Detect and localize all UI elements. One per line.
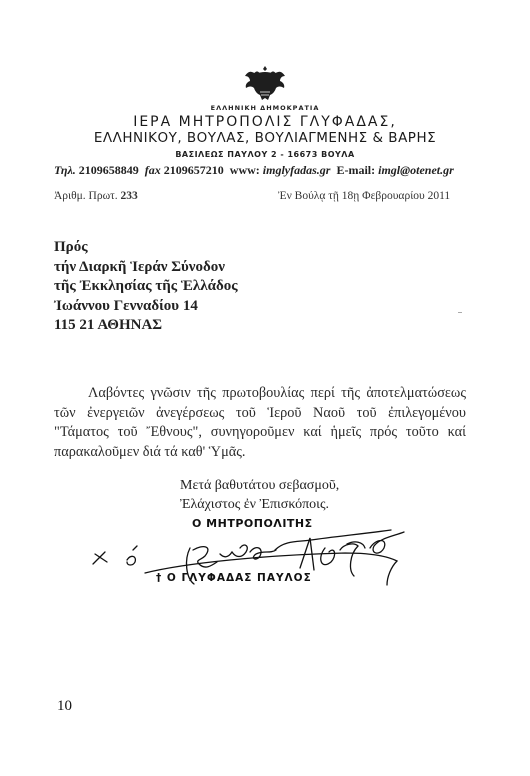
recipient-line: Πρός: [54, 238, 238, 258]
double-headed-eagle-icon: [242, 64, 288, 102]
organization-address: ΒΑΣΙΛΕΩΣ ΠΑΥΛΟΥ 2 - 16673 ΒΟΥΛΑ: [0, 150, 530, 159]
recipient-line: Ἰωάννου Γενναδίου 14: [54, 297, 238, 317]
closing-line: Μετά βαθυτάτου σεβασμοῦ,: [180, 476, 339, 495]
protocol-number: Ἀριθμ. Πρωτ. 233: [54, 190, 138, 202]
republic-header: ΕΛΛΗΝΙΚΗ ΔΗΜΟΚΡΑΤΙΑ: [0, 104, 530, 112]
website-link[interactable]: imglyfadas.gr: [263, 163, 331, 177]
letter-date: Ἐν Βούλᾳ τῇ 18ῃ Φεβρουαρίου 2011: [278, 190, 450, 202]
organization-name-line2: ΕΛΛΗΝΙΚΟΥ, ΒΟΥΛΑΣ, ΒΟΥΛΙΑΓΜΕΝΗΣ & ΒΑΡΗΣ: [0, 130, 530, 146]
recipient-line: τήν Διαρκῆ Ἱεράν Σύνοδον: [54, 258, 238, 278]
protocol-value: 233: [121, 190, 138, 202]
page-number: 10: [57, 698, 72, 715]
protocol-label: Ἀριθμ. Πρωτ.: [54, 190, 118, 202]
fax-label: fax: [145, 163, 161, 177]
recipient-line: 115 21 ΑΘΗΝΑΣ: [54, 316, 238, 336]
signatory-name: † Ο ΓΛΥΦΑΔΑΣ ΠΑΥΛΟΣ: [156, 572, 312, 584]
organization-name-line1: ΙΕΡΑ ΜΗΤΡΟΠΟΛΙΣ ΓΛΥΦΑΔΑΣ,: [0, 114, 530, 130]
closing-block: Μετά βαθυτάτου σεβασμοῦ, Ἐλάχιστος ἐν Ἐπ…: [180, 476, 339, 514]
closing-line: Ἐλάχιστος ἐν Ἐπισκόποις.: [180, 495, 339, 514]
fax-number: 2109657210: [164, 163, 224, 177]
tel-label: Τηλ.: [54, 163, 76, 177]
www-label: www:: [230, 163, 260, 177]
recipient-line: τῆς Ἐκκλησίας τῆς Ἑλλάδος: [54, 277, 238, 297]
contact-line: Τηλ. 2109658849 fax 2109657210 www: imgl…: [54, 163, 454, 178]
recipient-block: Πρός τήν Διαρκῆ Ἱεράν Σύνοδον τῆς Ἐκκλησ…: [54, 238, 238, 336]
letter-body: Λαβόντες γνῶσιν τῆς πρωτοβουλίας περί τῆ…: [54, 384, 466, 462]
scan-artifact: [458, 312, 462, 313]
email-label: E-mail:: [336, 163, 375, 177]
tel-number: 2109658849: [79, 163, 139, 177]
email-link[interactable]: imgl@otenet.gr: [378, 163, 454, 177]
